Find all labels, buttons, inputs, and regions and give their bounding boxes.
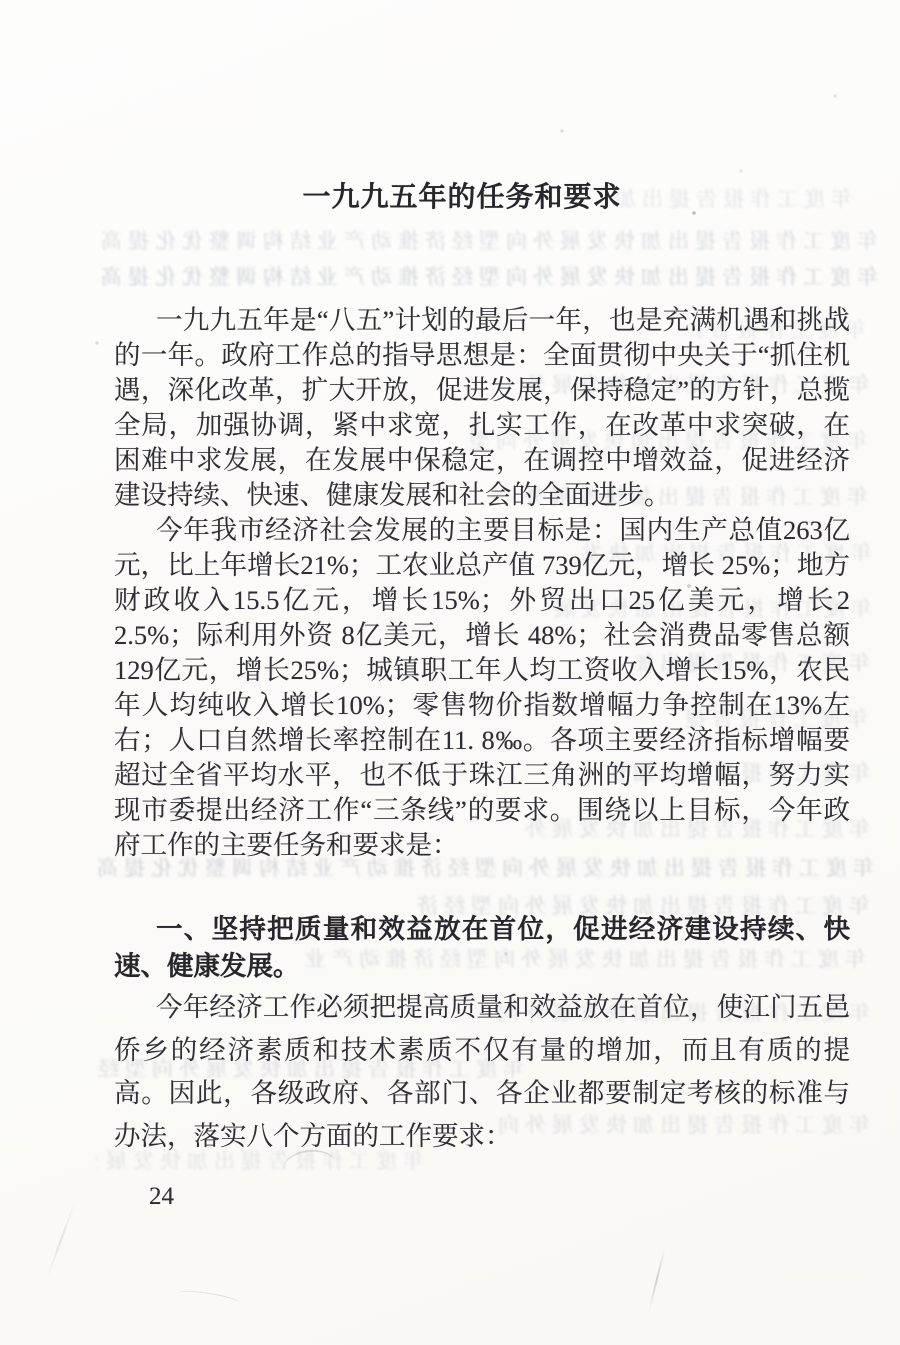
section-heading-one: 一、坚持把质量和效益放在首位，促进经济建设持续、快速、健康发展。: [114, 911, 850, 985]
bleedthrough-row: 年度工作报告提出加快发展外向型经济推动产业结构调整优化提高整体素质和经济效益继续…: [96, 265, 878, 290]
scan-scratch-line: [648, 1247, 666, 1312]
document-body: 一九九五年是“八五”计划的最后一年，也是充满机遇和挑战的一年。政府工作总的指导思…: [114, 303, 850, 863]
paragraph-guiding-ideology: 一九九五年是“八五”计划的最后一年，也是充满机遇和挑战的一年。政府工作总的指导思…: [114, 303, 850, 513]
bleedthrough-row: 年度工作报告提出加快发展外向型经济推动产业结构调整优化提高整体素质和经济效益继续…: [96, 229, 878, 254]
page-title: 一九九五年的任务和要求: [94, 180, 830, 214]
scanned-document-page: 年度工作报告提出加快发展外向型经济推动产业结构调整优化提高整体素质和经济效益继续…: [0, 0, 900, 1345]
page-number: 24: [149, 1183, 174, 1211]
paragraph-quality-benefit: 今年经济工作必须把提高质量和效益放在首位，使江门五邑侨乡的经济素质和技术素质不仅…: [114, 986, 850, 1158]
scan-scratch-line: [46, 1202, 75, 1278]
scan-specks: [0, 0, 2, 2]
paragraph-economic-targets: 今年我市经济社会发展的主要目标是：国内生产总值263亿元，比上年增长21%；工农…: [114, 513, 850, 863]
scan-scratch-curve: [178, 1288, 241, 1308]
